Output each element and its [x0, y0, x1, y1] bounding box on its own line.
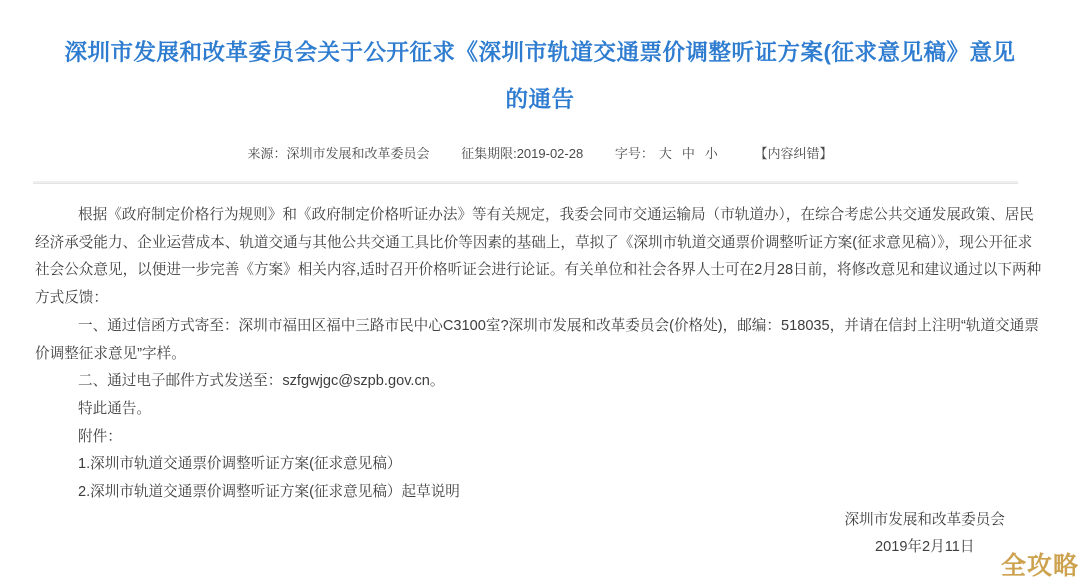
- watermark-text: 全攻略: [1001, 546, 1079, 582]
- page-title-line-2: 的通告: [0, 76, 1080, 123]
- font-size-label: 字号：: [615, 146, 654, 161]
- content-correction-button[interactable]: 【内容纠错】: [755, 146, 833, 161]
- notice-paragraph-closing: 特此通告。: [35, 396, 1045, 424]
- meta-bar: 来源：深圳市发展和改革委员会 征集期限:2019-02-28 字号：大中小 【内…: [0, 144, 1080, 164]
- attachments-label: 附件：: [35, 424, 1045, 452]
- signature-agency: 深圳市发展和改革委员会: [844, 507, 1005, 535]
- attachment-item-1: 1.深圳市轨道交通票价调整听证方案(征求意见稿）: [35, 451, 1045, 479]
- notice-body: 根据《政府制定价格行为规则》和《政府制定价格听证办法》等有关规定，我委会同市交通…: [0, 202, 1080, 562]
- font-size-large-button[interactable]: 大: [659, 146, 672, 161]
- font-size-control: 字号：大中小: [615, 146, 723, 161]
- signature-block: 深圳市发展和改革委员会 2019年2月11日: [35, 507, 1045, 562]
- notice-paragraph-intro: 根据《政府制定价格行为规则》和《政府制定价格听证办法》等有关规定，我委会同市交通…: [35, 202, 1045, 313]
- notice-paragraph-mail-method: 一、通过信函方式寄至：深圳市福田区福中三路市民中心C3100室?深圳市发展和改革…: [35, 313, 1045, 368]
- signature-date: 2019年2月11日: [844, 534, 1005, 562]
- notice-page: 深圳市发展和改革委员会关于公开征求《深圳市轨道交通票价调整听证方案(征求意见稿》…: [0, 0, 1080, 583]
- attachment-item-2: 2.深圳市轨道交通票价调整听证方案(征求意见稿）起草说明: [35, 479, 1045, 507]
- font-size-small-button[interactable]: 小: [705, 146, 718, 161]
- source-label: 来源：深圳市发展和改革委员会: [247, 146, 429, 161]
- collect-deadline: 征集期限:2019-02-28: [461, 146, 583, 161]
- page-title-line-1: 深圳市发展和改革委员会关于公开征求《深圳市轨道交通票价调整听证方案(征求意见稿》…: [0, 29, 1080, 76]
- font-size-medium-button[interactable]: 中: [682, 146, 695, 161]
- notice-paragraph-email-method: 二、通过电子邮件方式发送至：szfgwjgc@szpb.gov.cn。: [35, 368, 1045, 396]
- title-divider: [33, 181, 1018, 184]
- page-title: 深圳市发展和改革委员会关于公开征求《深圳市轨道交通票价调整听证方案(征求意见稿》…: [0, 0, 1080, 123]
